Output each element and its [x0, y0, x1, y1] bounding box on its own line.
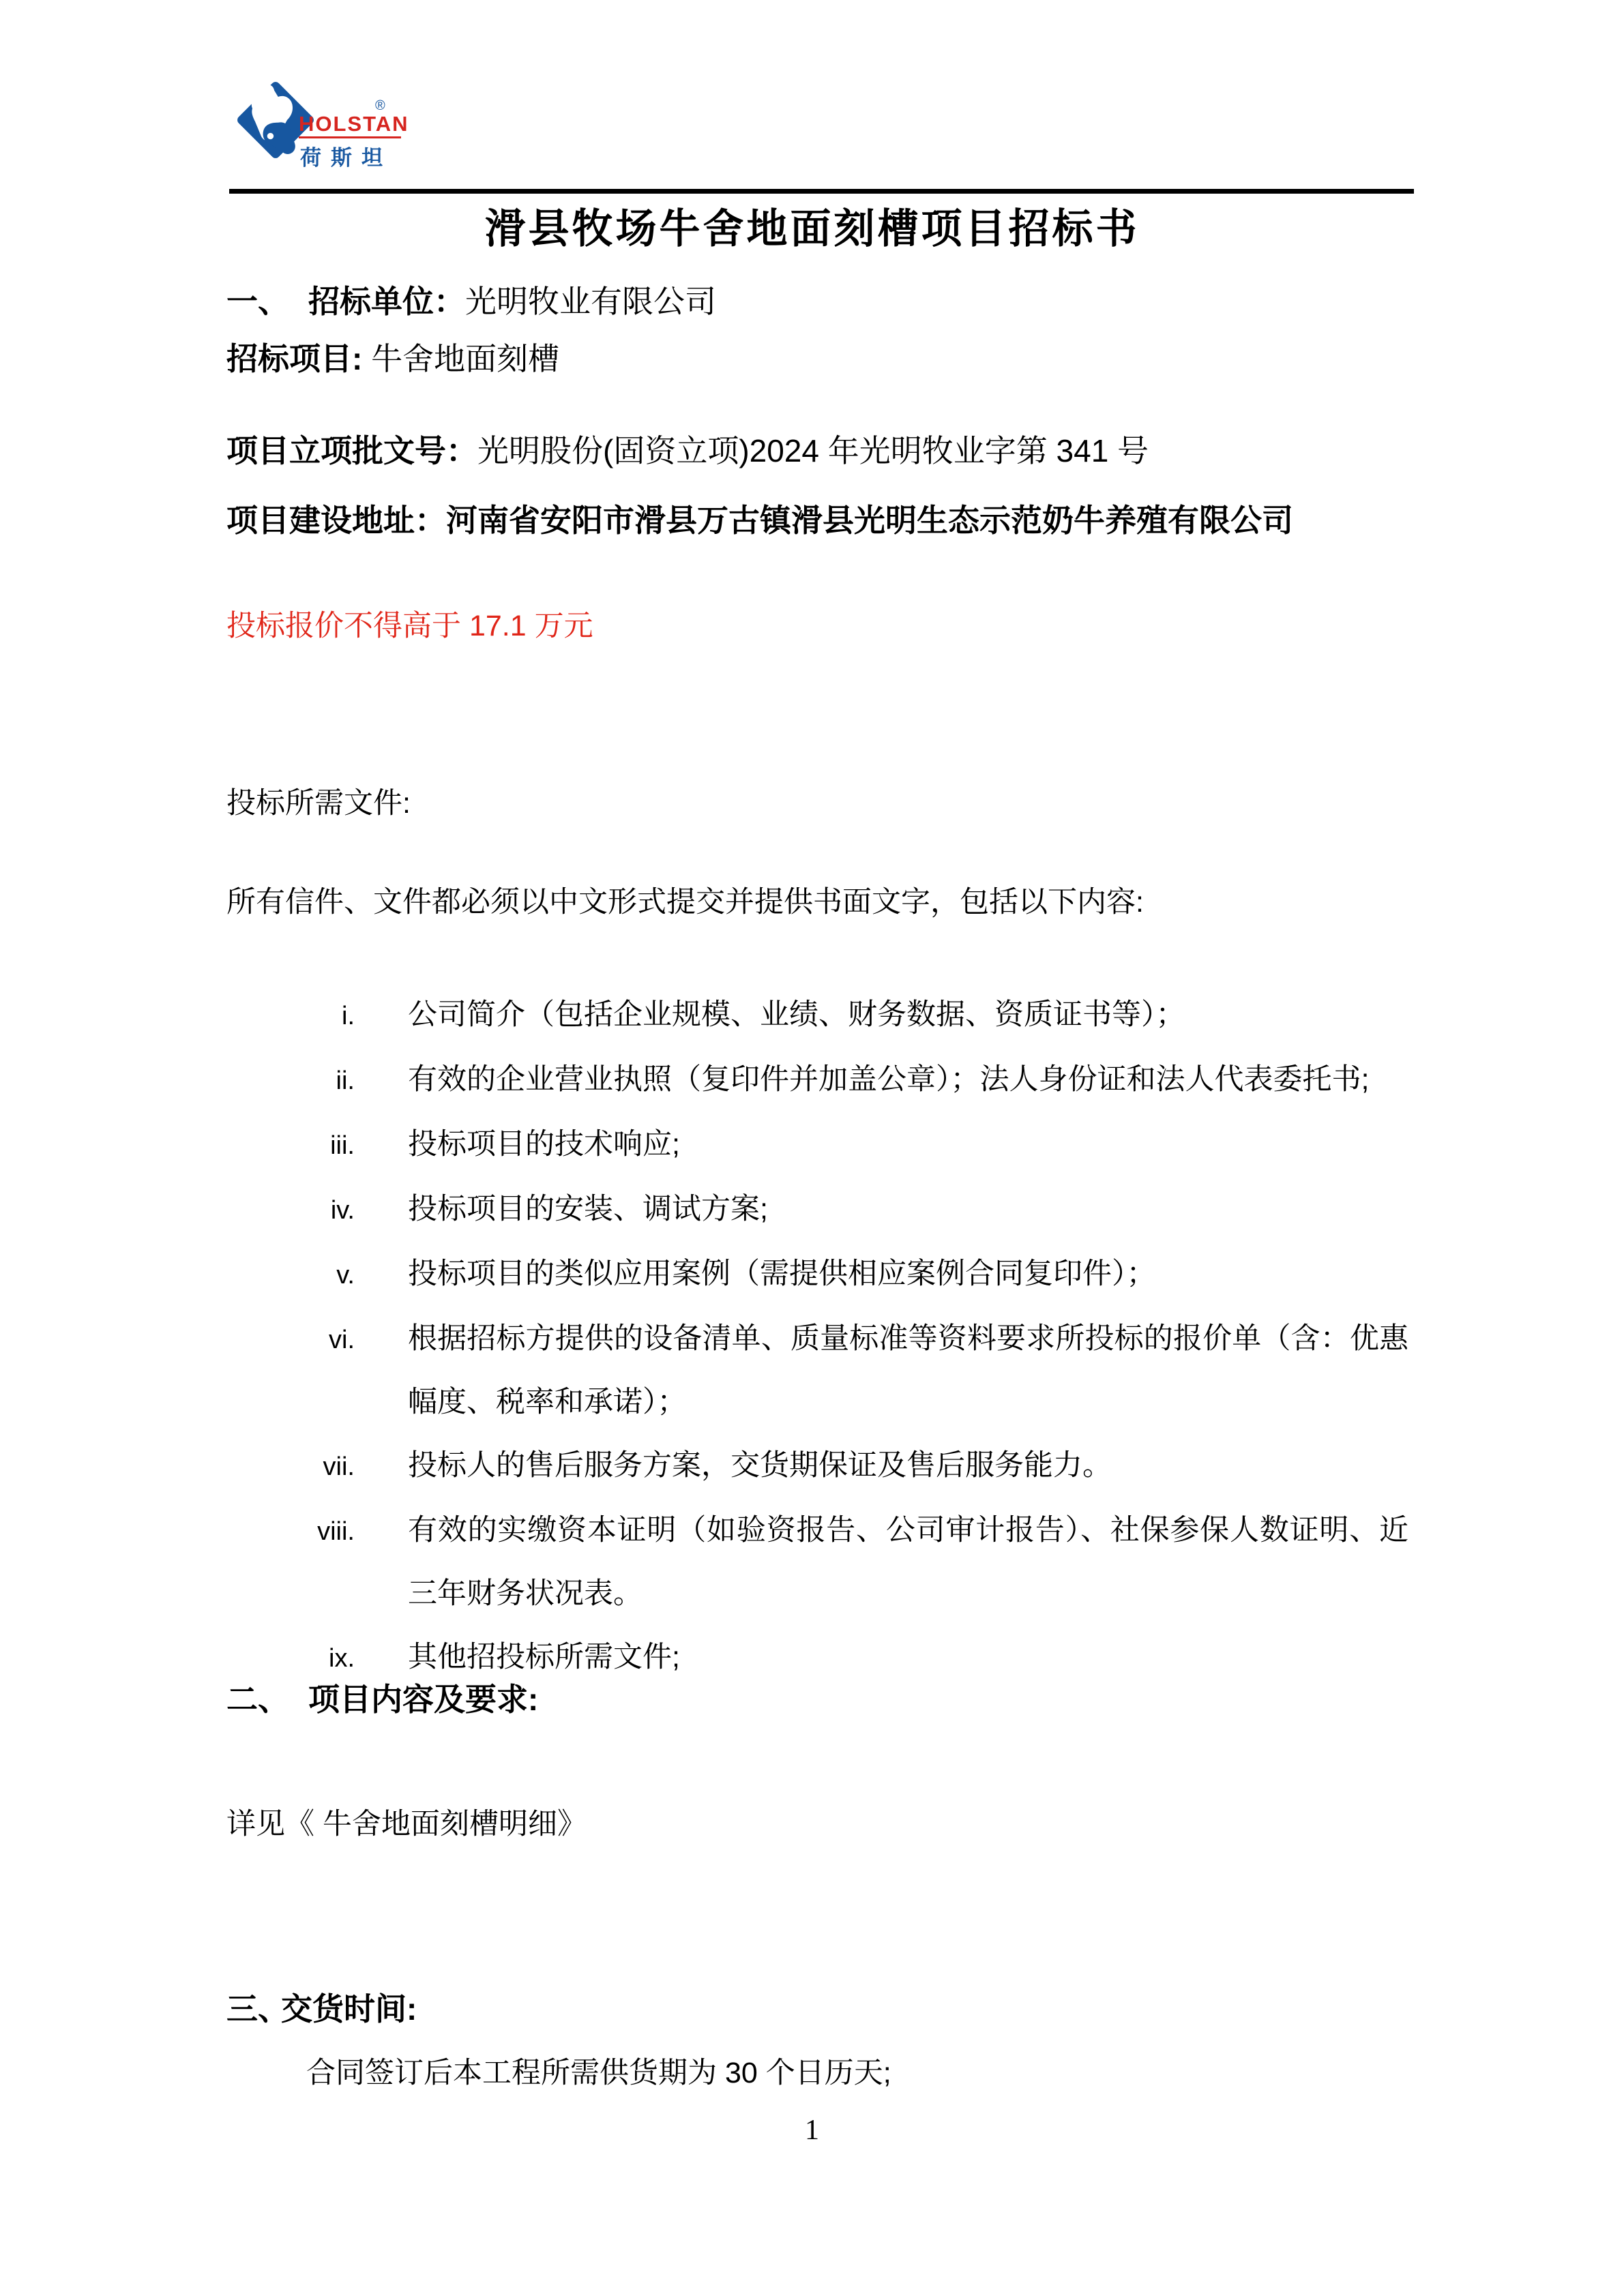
list-item-text: 投标人的售后服务方案，交货期保证及售后服务能力。 — [408, 1434, 1408, 1497]
section-number: 一、 — [226, 278, 308, 325]
tender-project-line: 招标项目: 牛舍地面刻槽 — [226, 336, 1408, 383]
document-title: 滑县牧场牛舍地面刻槽项目招标书 — [0, 205, 1624, 254]
section2-detail: 详见《 牛舍地面刻槽明细》 — [226, 1802, 1408, 1847]
logo-brand-zh: 荷斯坦 — [300, 140, 392, 171]
construction-address-line: 项目建设地址：河南省安阳市滑县万古镇滑县光明生态示范奶牛养殖有限公司 — [226, 497, 1408, 544]
approval-number-value: 光明股份(固资立项)2024 年光明牧业字第 341 号 — [477, 433, 1149, 468]
list-item: v. 投标项目的类似应用案例（需提供相应案例合同复印件）； — [226, 1242, 1408, 1307]
tender-project-label: 招标项目: — [226, 341, 362, 376]
section2-heading-line: 二、项目内容及要求: — [226, 1676, 1408, 1723]
company-logo: HOLSTAN ® 荷斯坦 — [231, 63, 456, 179]
price-limit-notice: 投标报价不得高于 17.1 万元 — [226, 604, 1408, 648]
list-item-number: v. — [226, 1244, 408, 1307]
list-item-number: iv. — [226, 1179, 408, 1242]
registered-trademark-icon: ® — [375, 98, 385, 114]
construction-address-label: 项目建设地址： — [226, 503, 446, 538]
required-docs-note: 所有信件、文件都必须以中文形式提交并提供书面文字，包括以下内容: — [226, 880, 1408, 925]
tendering-unit-value: 光明牧业有限公司 — [465, 284, 716, 319]
list-item: vii. 投标人的售后服务方案，交货期保证及售后服务能力。 — [226, 1434, 1408, 1499]
list-item-text: 投标项目的类似应用案例（需提供相应案例合同复印件）； — [408, 1242, 1408, 1306]
list-item-number: vii. — [226, 1435, 408, 1499]
section-number: 三、 — [226, 1986, 281, 2033]
list-item-number: ii. — [226, 1049, 408, 1113]
logo-brand-en: HOLSTAN — [299, 112, 409, 136]
header-divider — [229, 189, 1414, 194]
list-item: iii. 投标项目的技术响应; — [226, 1113, 1408, 1178]
list-item-text: 有效的实缴资本证明（如验资报告、公司审计报告）、社保参保人数证明、近三年财务状况… — [408, 1499, 1408, 1626]
list-item-number: iii. — [226, 1114, 408, 1178]
approval-number-label: 项目立项批文号： — [226, 433, 477, 468]
tendering-unit-label: 招标单位： — [308, 284, 465, 319]
list-item-text: 投标项目的安装、调试方案; — [408, 1178, 1408, 1241]
list-item: vi. 根据招标方提供的设备清单、质量标准等资料要求所投标的报价单（含：优惠幅度… — [226, 1307, 1408, 1434]
list-item: viii. 有效的实缴资本证明（如验资报告、公司审计报告）、社保参保人数证明、近… — [226, 1499, 1408, 1626]
tender-document-page: HOLSTAN ® 荷斯坦 滑县牧场牛舍地面刻槽项目招标书 一、招标单位：光明牧… — [0, 0, 1624, 2296]
section3-heading: 交货时间: — [281, 1991, 417, 2027]
list-item-number: vi. — [226, 1309, 408, 1372]
list-item-text: 根据招标方提供的设备清单、质量标准等资料要求所投标的报价单（含：优惠幅度、税率和… — [408, 1307, 1408, 1434]
section2-heading: 项目内容及要求: — [308, 1682, 538, 1717]
approval-number-line: 项目立项批文号：光明股份(固资立项)2024 年光明牧业字第 341 号 — [226, 428, 1408, 475]
list-item: iv. 投标项目的安装、调试方案; — [226, 1178, 1408, 1242]
list-item-number: viii. — [226, 1500, 408, 1564]
list-item-text: 投标项目的技术响应; — [408, 1113, 1408, 1176]
list-item-text: 公司简介（包括企业规模、业绩、财务数据、资质证书等）； — [408, 983, 1408, 1047]
delivery-terms: 合同签订后本工程所需供货期为 30 个日历天; — [226, 2051, 1408, 2096]
construction-address-value: 河南省安阳市滑县万古镇滑县光明生态示范奶牛养殖有限公司 — [446, 503, 1293, 538]
list-item: ii. 有效的企业营业执照（复印件并加盖公章）；法人身份证和法人代表委托书; — [226, 1048, 1408, 1113]
section-number: 二、 — [226, 1676, 308, 1723]
list-item: i. 公司简介（包括企业规模、业绩、财务数据、资质证书等）； — [226, 983, 1408, 1048]
logo-underline — [299, 136, 401, 138]
page-number: 1 — [0, 2114, 1624, 2147]
required-documents-list: i. 公司简介（包括企业规模、业绩、财务数据、资质证书等）； ii. 有效的企业… — [226, 983, 1408, 1690]
tendering-unit-line: 一、招标单位：光明牧业有限公司 — [226, 278, 1408, 325]
list-item-number: i. — [226, 985, 408, 1048]
list-item-text: 有效的企业营业执照（复印件并加盖公章）；法人身份证和法人代表委托书; — [408, 1048, 1408, 1112]
required-docs-heading: 投标所需文件: — [226, 781, 1408, 826]
tender-project-value: 牛舍地面刻槽 — [371, 341, 559, 376]
section3-heading-line: 三、交货时间: — [226, 1986, 1408, 2033]
